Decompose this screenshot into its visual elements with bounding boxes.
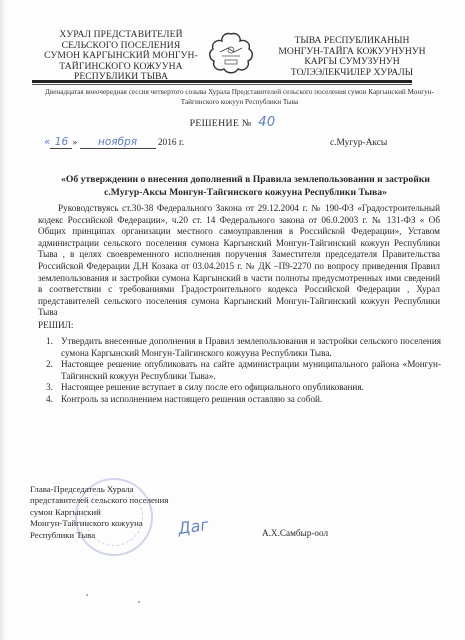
position-line: сумон Каргынский (30, 507, 168, 518)
municipal-emblem-icon (206, 30, 256, 74)
position-line: Глава-Председатель Хурала (30, 484, 168, 495)
decision-label: РЕШЕНИЕ № (190, 118, 252, 129)
scan-edge (0, 0, 6, 640)
item-text: Контроль за исполнением настоящего решен… (61, 394, 441, 406)
scan-speck (86, 594, 88, 596)
item-number: 2. (46, 359, 53, 371)
position-line: представителей сельского поселения (30, 495, 168, 506)
item-number: 4. (46, 394, 53, 406)
decision-number: 40 (258, 115, 275, 130)
resolved-label: РЕШИЛ: (38, 320, 73, 330)
signatory-name: А.Х.Самбыр-оол (262, 528, 328, 538)
header-right-tuvan: ТЫВА РЕСПУБЛИКАНЫН МОНГУН-ТАЙГА КОЖУУНУН… (272, 36, 432, 78)
date-close-quote: » (72, 138, 77, 148)
session-caption: Двенадцатая внеочередная сессия четверто… (42, 87, 437, 107)
position-line: Монгун-Тайгинского кожууна (30, 518, 168, 529)
decision-heading: РЕШЕНИЕ № 40 (0, 115, 465, 130)
item-text: Настоящее решение вступает в силу после … (61, 382, 441, 394)
item-text: Настоящее решение опубликовать на сайте … (61, 359, 441, 382)
preamble-text: Руководствуясь ст.30-38 Федерального Зак… (38, 203, 440, 319)
date-year: 2016 г. (158, 138, 184, 148)
scan-speck (138, 601, 140, 603)
resolution-items: 1. Утвердить внесенные дополнения в Прав… (46, 336, 441, 406)
header-divider (32, 80, 412, 83)
header-divider-thin (32, 84, 412, 85)
place-of-issue: с.Мугур-Аксы (330, 138, 387, 148)
handwritten-signature: Даг (177, 515, 210, 538)
resolution-item: 2. Настоящее решение опубликовать на сай… (46, 359, 441, 382)
resolution-item: 1. Утвердить внесенные дополнения в Прав… (46, 336, 441, 359)
header-right-line: ТОЛЭЭЛЕКЧИЛЕР ХУРАЛЫ (272, 68, 432, 79)
header-left-line: ХУРАЛ ПРЕДСТАВИТЕЛЕЙ (36, 30, 206, 41)
document-title: «Об утверждении о внесения дополнений в … (48, 174, 443, 199)
header-right-line: ТЫВА РЕСПУБЛИКАНЫН (272, 36, 432, 47)
header-left-russian: ХУРАЛ ПРЕДСТАВИТЕЛЕЙ СЕЛЬСКОГО ПОСЕЛЕНИЯ… (36, 30, 206, 83)
item-number: 3. (46, 382, 53, 394)
item-number: 1. (46, 336, 53, 348)
position-line: Республики Тыва (30, 530, 168, 541)
date-month: ноября (80, 136, 156, 149)
document-page: ХУРАЛ ПРЕДСТАВИТЕЛЕЙ СЕЛЬСКОГО ПОСЕЛЕНИЯ… (0, 0, 465, 640)
preamble: Руководствуясь ст.30-38 Федерального Зак… (38, 203, 440, 319)
item-text: Утвердить внесенные дополнения в Правил … (61, 336, 441, 359)
resolution-item: 4. Контроль за исполнением настоящего ре… (46, 394, 441, 406)
resolution-item: 3. Настоящее решение вступает в силу пос… (46, 382, 441, 394)
signatory-position: Глава-Председатель Хурала представителей… (30, 484, 168, 541)
date-day: 16 (50, 136, 72, 149)
